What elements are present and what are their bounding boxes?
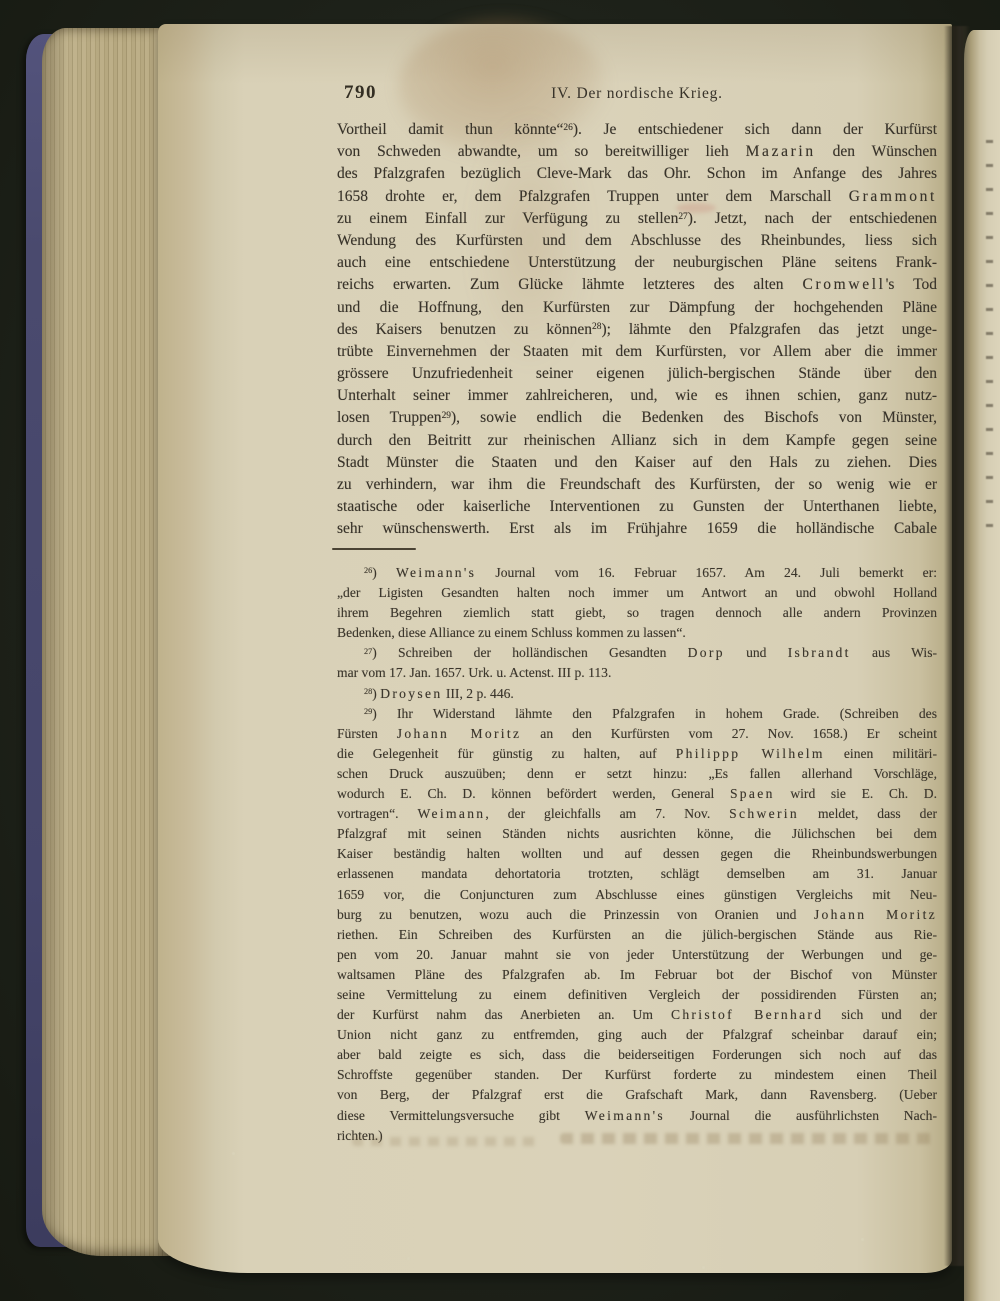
spaced-name: Spaen <box>730 786 775 801</box>
text-line: mar vom 17. Jan. 1657. Urk. u. Actenst. … <box>337 663 937 683</box>
footnote-marker: 29 <box>364 707 372 716</box>
dust-speck <box>861 1238 864 1241</box>
text-line: 1659 vor, die Conjuncturen zum Abschluss… <box>337 885 937 905</box>
text-line: sehr wünschenswerth. Erst als im Frühjah… <box>337 518 937 540</box>
text-line: 29) Ihr Widerstand lähmte den Pfalzgrafe… <box>337 704 937 724</box>
text-line: seine Vermittelung zu einem definitiven … <box>337 985 937 1005</box>
text-line: losen Truppen29), sowie endlich die Bede… <box>337 407 937 429</box>
text-line: 27) Schreiben der holländischen Gesandte… <box>337 643 937 663</box>
text-line: Union nicht ganz zu entfremden, ging auc… <box>337 1025 937 1045</box>
footnote-marker: 29 <box>442 411 451 421</box>
spaced-name: Mazarin <box>746 143 816 160</box>
book-scan: 790 IV. Der nordische Krieg. Vortheil da… <box>0 0 1000 1301</box>
text-line: zu verhindern, war ihm die Freundschaft … <box>337 474 937 496</box>
spaced-name: Dorp <box>688 645 725 660</box>
spaced-name: Droysen <box>380 686 442 701</box>
text-line: Stadt Münster die Staaten und den Kaiser… <box>337 452 937 474</box>
text-line: Vortheil damit thun könnte“26). Je entsc… <box>337 119 937 141</box>
text-line: vortragen“. Weimann, der gleichfalls am … <box>337 804 937 824</box>
text-line: schen Druck auszuüben; denn er setzt hin… <box>337 764 937 784</box>
dust-speck <box>702 1266 705 1269</box>
text-line: Kaiser beständig halten wollten und auf … <box>337 844 937 864</box>
footnote-marker: 26 <box>563 123 572 133</box>
spaced-name: Johann Moritz <box>397 726 522 741</box>
text-line: grössere Unzufriedenheit seiner eigenen … <box>337 363 937 385</box>
text-line: staatische oder kaiserliche Intervention… <box>337 496 937 518</box>
footnote-marker: 27 <box>678 212 687 222</box>
body-text: Vortheil damit thun könnte“26). Je entsc… <box>337 119 937 541</box>
text-line: Pfalzgraf mit seinen Ständen nichts ausr… <box>337 824 937 844</box>
spaced-name: Weimann's <box>585 1108 665 1123</box>
text-line: Schroffste gegenüber standen. Der Kurfür… <box>337 1065 937 1085</box>
spaced-name: Christof Bernhard <box>671 1007 823 1022</box>
spaced-name: Weimann's <box>396 565 476 580</box>
spaced-name: Schwerin <box>729 806 799 821</box>
text-line: Bedenken, diese Alliance zu einem Schlus… <box>337 623 937 643</box>
text-line: durch den Beitritt zur rheinischen Allia… <box>337 430 937 452</box>
text-line: des Pfalzgrafen bezüglich Cleve-Mark das… <box>337 163 937 185</box>
dust-speck <box>407 1257 410 1260</box>
spaced-name: Philippp Wilhelm <box>676 746 825 761</box>
text-line: zu einem Einfall zur Verfügung zu stelle… <box>337 208 937 230</box>
text-line: der Kurfürst nahm das Anerbieten an. Um … <box>337 1005 937 1025</box>
text-line: aber bald zeigte es sich, dass die beide… <box>337 1045 937 1065</box>
ink-bleed-through <box>352 1137 542 1146</box>
footnote-marker: 28 <box>592 322 601 332</box>
text-line: pen vom 20. Januar mahnt sie von jeder U… <box>337 945 937 965</box>
text-line: riethen. Ein Schreiben des Kurfürsten an… <box>337 925 937 945</box>
text-line: reichs erwarten. Zum Glücke lähmte letzt… <box>337 274 937 296</box>
spaced-name: Johann Moritz <box>814 907 937 922</box>
footnote-marker: 26 <box>364 566 372 575</box>
text-line: von Berg, der Pfalzgraf erst die Grafsch… <box>337 1085 937 1105</box>
spaced-name: Isbrandt <box>788 645 851 660</box>
spaced-name: Weimann <box>417 806 485 821</box>
dust-speck <box>232 1152 235 1155</box>
text-line: 26) Weimann's Journal vom 16. Februar 16… <box>337 563 937 583</box>
running-head: IV. Der nordische Krieg. <box>337 85 937 103</box>
text-line: „der Ligisten Gesandten halten noch imme… <box>337 583 937 603</box>
text-line: erlassenen mandata dehortatoria trotzten… <box>337 864 937 884</box>
spaced-name: Grammont <box>849 188 937 205</box>
text-line: Fürsten Johann Moritz an den Kurfürsten … <box>337 724 937 744</box>
text-line: wodurch E. Ch. D. können befördert werde… <box>337 784 937 804</box>
text-line: des Kaisers benutzen zu können28); lähmt… <box>337 319 937 341</box>
text-line: Unterhalt seiner immer zahlreicheren, un… <box>337 385 937 407</box>
text-line: trübte Einvernehmen der Staaten mit dem … <box>337 341 937 363</box>
ink-bleed-through <box>560 1133 932 1144</box>
text-line: auch eine entschiedene Unterstützung der… <box>337 252 937 274</box>
footnote-rule <box>332 548 416 550</box>
text-line: und die Hoffnung, den Kurfürsten zur Däm… <box>337 297 937 319</box>
text-line: 1658 drohte er, dem Pfalzgrafen Truppen … <box>337 186 937 208</box>
text-line: die Gelegenheit für günstig zu halten, a… <box>337 744 937 764</box>
text-line: diese Vermittelungsversuche gibt Weimann… <box>337 1106 937 1126</box>
text-line: waltsamen Pläne des Pfalzgrafen ab. Im F… <box>337 965 937 985</box>
spaced-name: Cromwell <box>803 276 886 293</box>
facing-page-sliver <box>964 30 1000 1301</box>
text-line: 28) Droysen III, 2 p. 446. <box>337 684 937 704</box>
text-line: burg zu benutzen, wozu auch die Prinzess… <box>337 905 937 925</box>
text-line: Wendung des Kurfürsten und dem Abschluss… <box>337 230 937 252</box>
facing-page-text-fragments <box>986 140 993 540</box>
footnote-marker: 27 <box>364 647 372 656</box>
text-line: ihrem Begehren ziemlich statt giebt, so … <box>337 603 937 623</box>
text-line: von Schweden abwandte, um so bereitwilli… <box>337 141 937 163</box>
footnote-marker: 28 <box>364 687 372 696</box>
footnotes: 26) Weimann's Journal vom 16. Februar 16… <box>337 563 937 1146</box>
